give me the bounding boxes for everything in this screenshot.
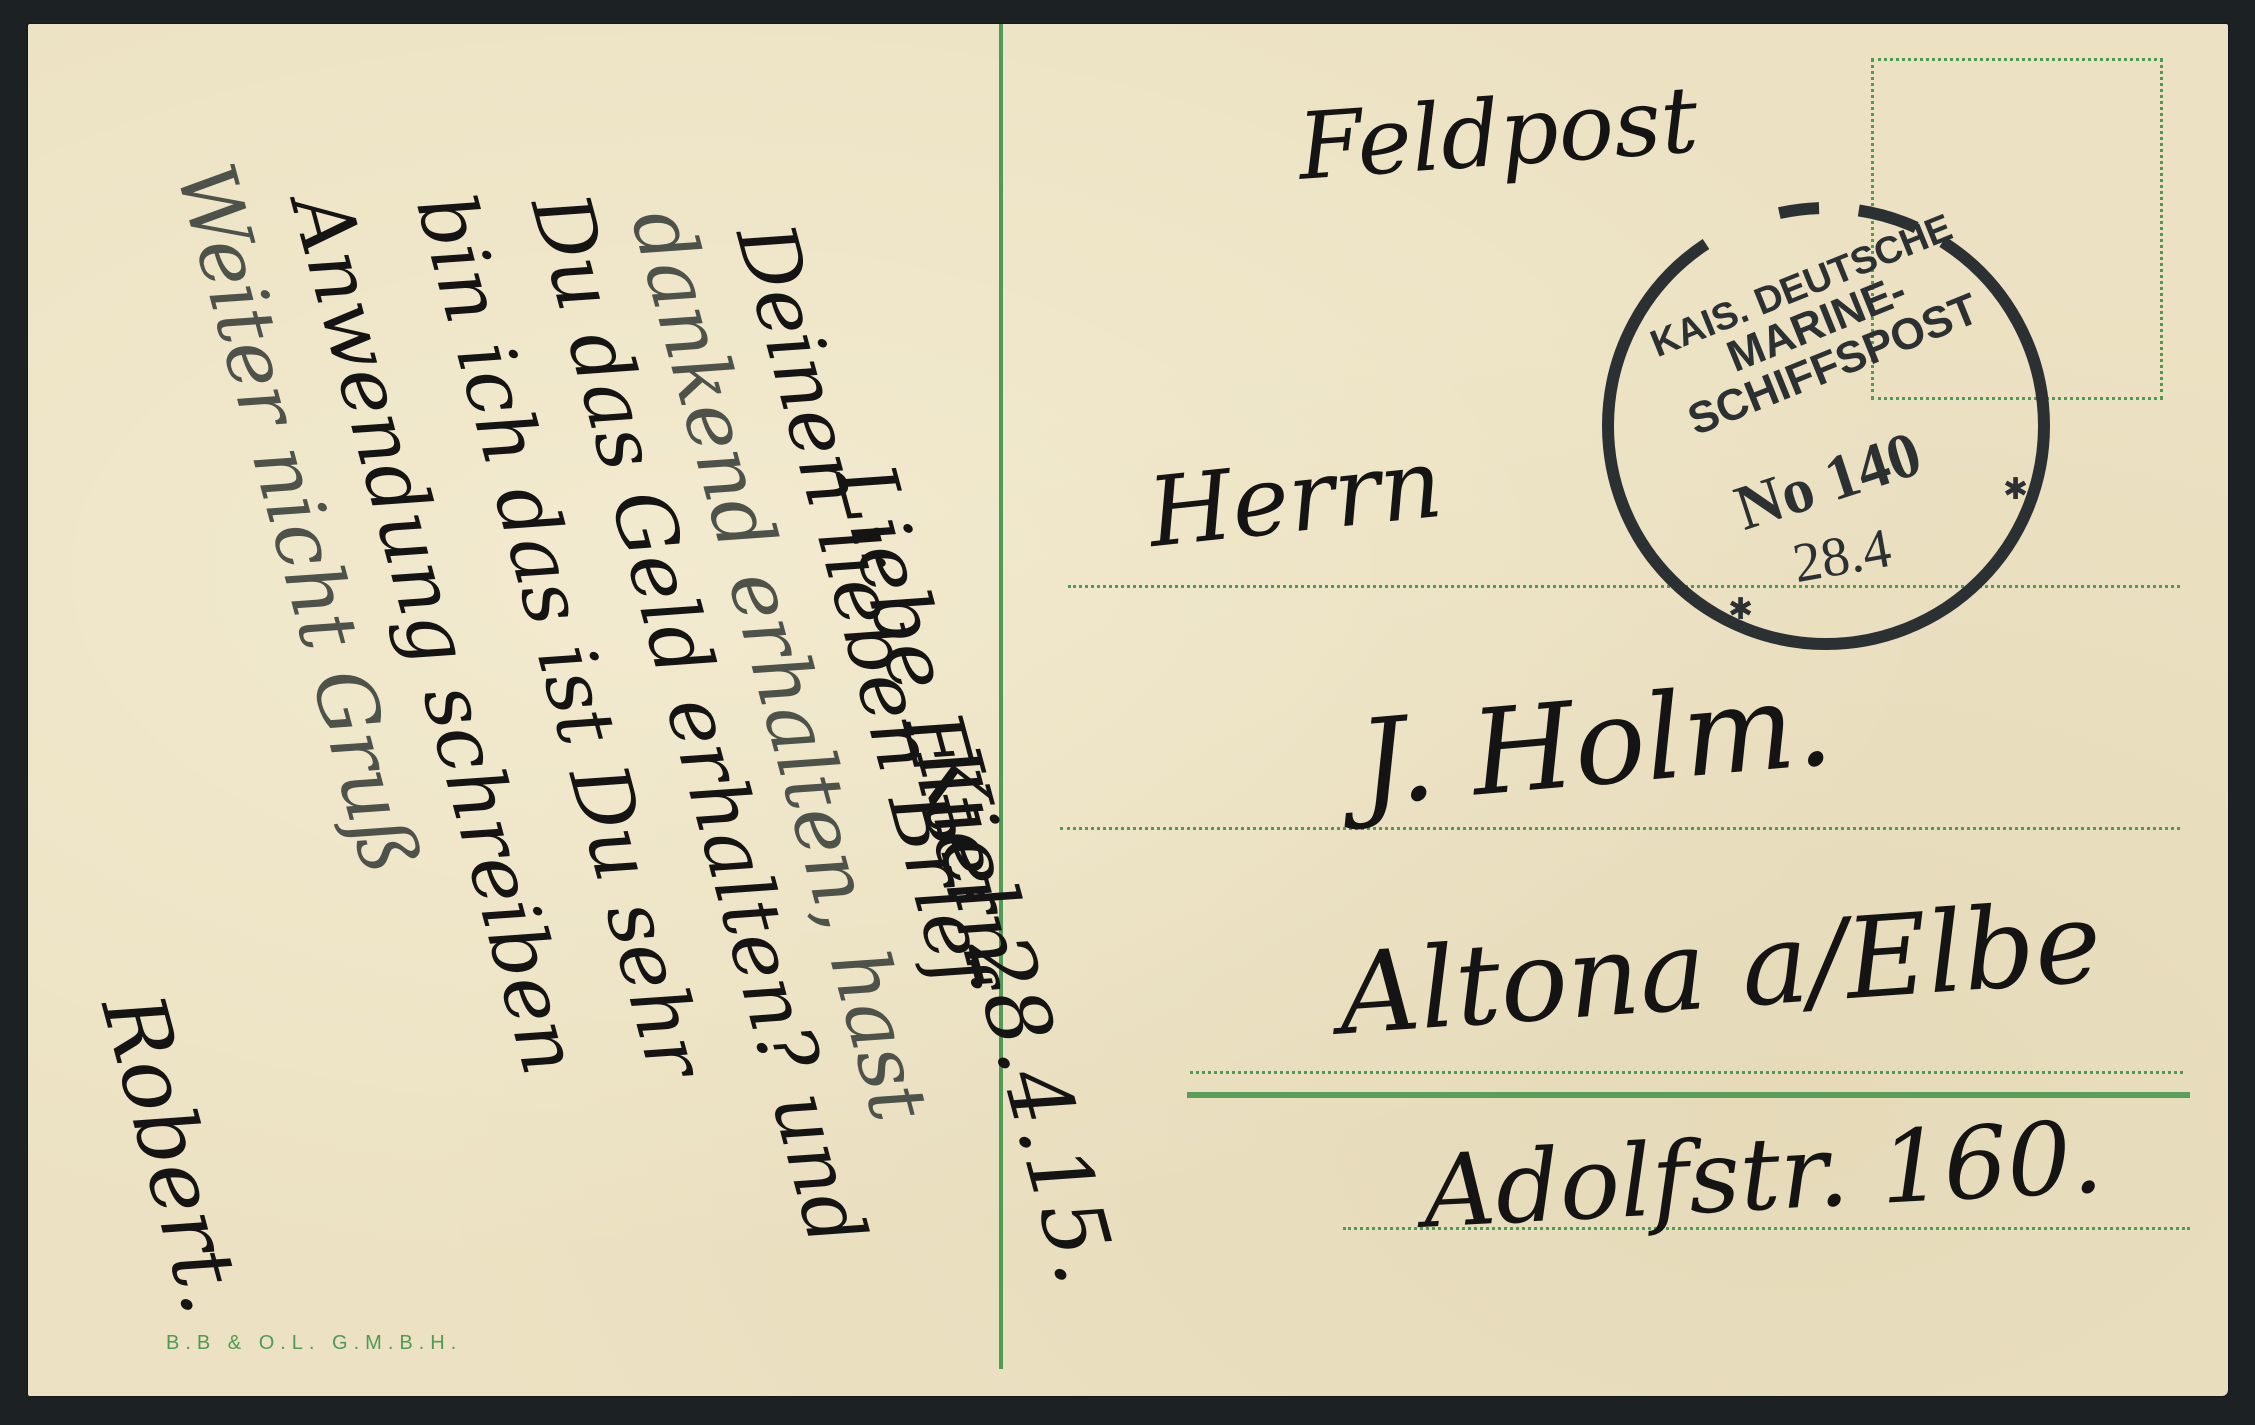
recipient-city: Altona a/Elbe: [1334, 878, 2105, 1061]
address-line-3: [1190, 1071, 2183, 1074]
salutation: Herrn: [1143, 427, 1447, 569]
message-signature: Robert.: [81, 984, 262, 1324]
address-line-2: [1060, 827, 2180, 830]
postcard: Feldpost Herrn J. Holm. Altona a/Elbe Ad…: [28, 24, 2228, 1396]
feldpost-marking: Feldpost: [1295, 66, 1702, 201]
postmark-star-right: ✱: [2003, 472, 2028, 507]
recipient-name: J. Holm.: [1353, 654, 1837, 833]
address-underline-solid: [1187, 1092, 2190, 1098]
printer-imprint: B.B & O.L. G.M.B.H.: [166, 1332, 462, 1355]
postmark-star-left: ✱: [1728, 592, 1753, 627]
center-divider-line: [999, 24, 1003, 1369]
